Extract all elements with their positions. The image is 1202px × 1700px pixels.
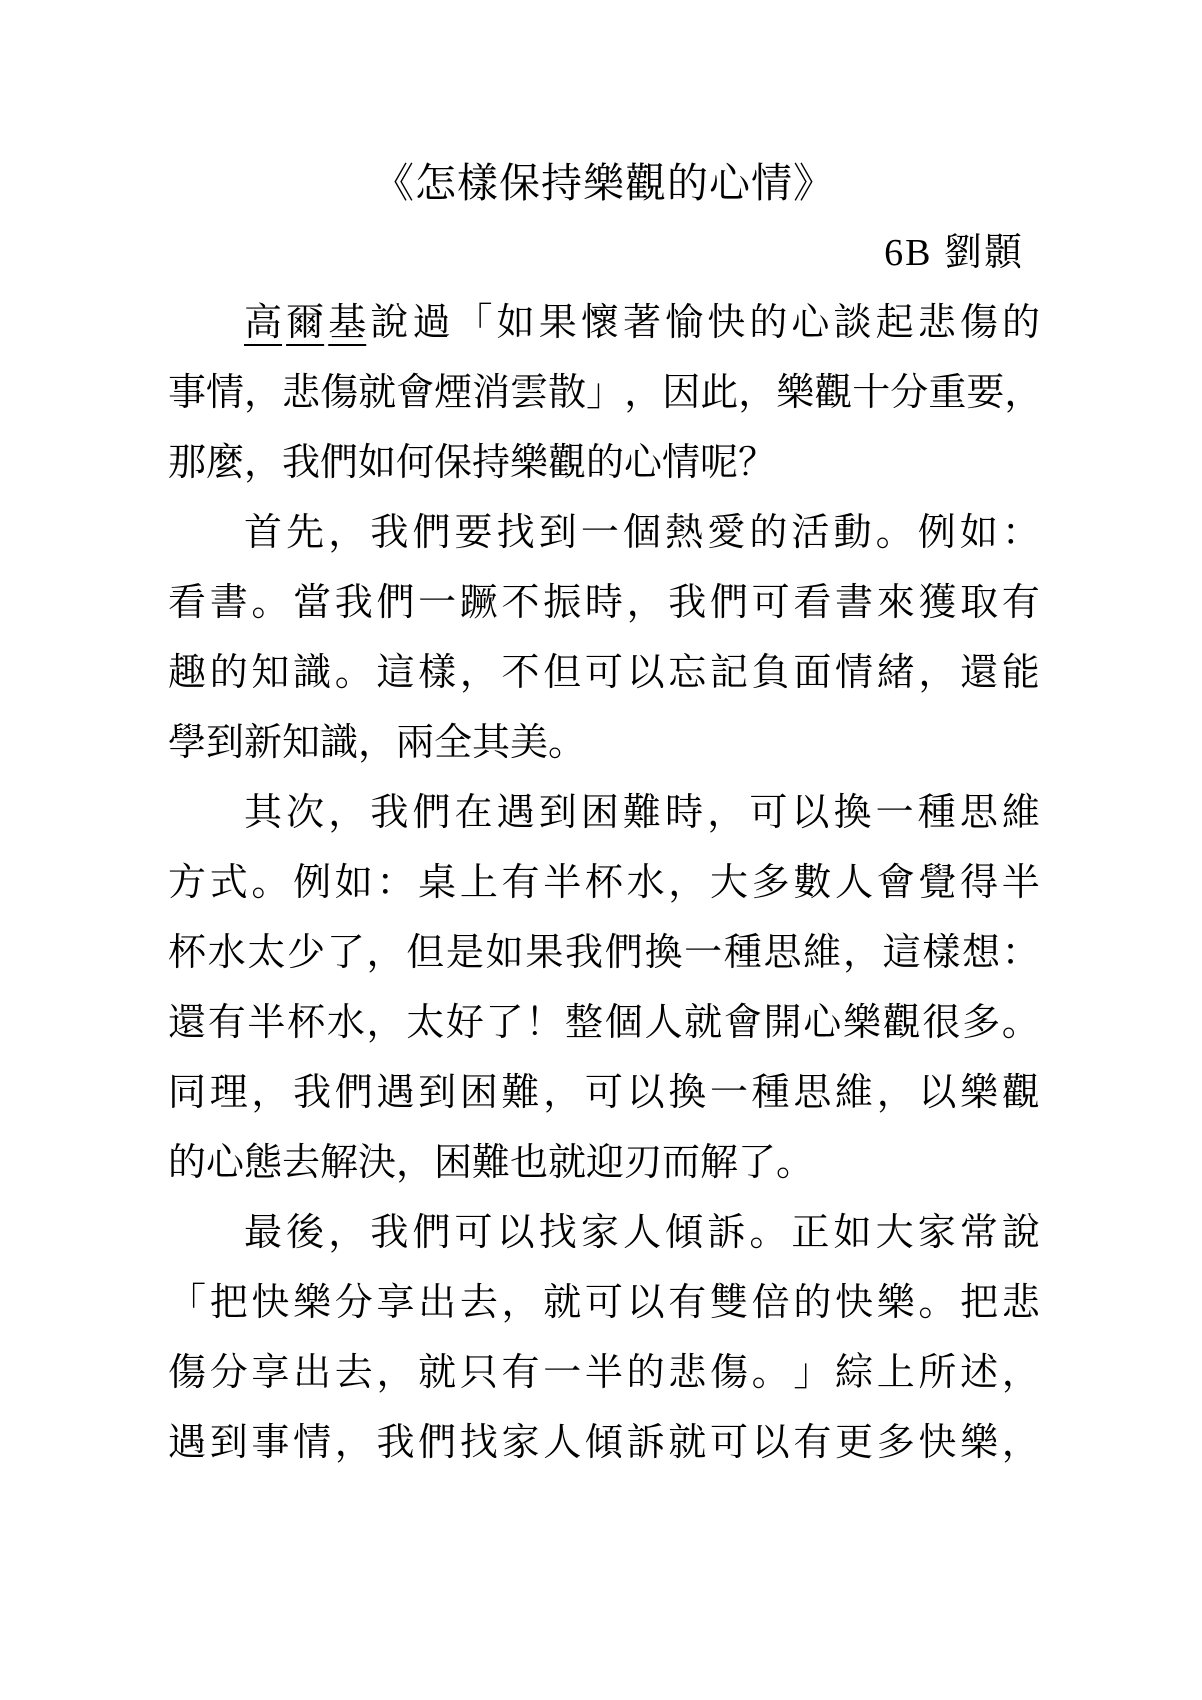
document-content: 《怎樣保持樂觀的心情》 6B 劉顥 高爾基說過「如果懷著愉快的心談起悲傷的事情，… xyxy=(0,0,1202,1478)
text-line: 同理，我們遇到困難，可以換一種思維，以樂觀 xyxy=(168,1058,1040,1128)
text-line: 高爾基說過「如果懷著愉快的心談起悲傷的 xyxy=(168,288,1040,358)
essay-author: 6B 劉顥 xyxy=(168,218,1040,288)
text-line: 還有半杯水，太好了！整個人就會開心樂觀很多。 xyxy=(168,988,1040,1058)
text-line: 方式。例如：桌上有半杯水，大多數人會覺得半 xyxy=(168,848,1040,918)
text-line: 遇到事情，我們找家人傾訴就可以有更多快樂， xyxy=(168,1408,1040,1478)
text-line: 傷分享出去，就只有一半的悲傷。」綜上所述， xyxy=(168,1338,1040,1408)
text-line: 事情，悲傷就會煙消雲散」，因此，樂觀十分重要， xyxy=(168,358,1040,428)
text-line: 看書。當我們一蹶不振時，我們可看書來獲取有 xyxy=(168,568,1040,638)
text-line: 趣的知識。這樣，不但可以忘記負面情緒，還能 xyxy=(168,638,1040,708)
text-line: 的心態去解決，困難也就迎刃而解了。 xyxy=(168,1128,1040,1198)
document-body: 高爾基說過「如果懷著愉快的心談起悲傷的事情，悲傷就會煙消雲散」，因此，樂觀十分重… xyxy=(168,288,1040,1478)
essay-title: 《怎樣保持樂觀的心情》 xyxy=(168,148,1040,218)
text-line: 杯水太少了，但是如果我們換一種思維，這樣想： xyxy=(168,918,1040,988)
text-line: 那麼，我們如何保持樂觀的心情呢？ xyxy=(168,428,1040,498)
text-line: 最後，我們可以找家人傾訴。正如大家常說 xyxy=(168,1198,1040,1268)
document-page: 《怎樣保持樂觀的心情》 6B 劉顥 高爾基說過「如果懷著愉快的心談起悲傷的事情，… xyxy=(0,0,1202,1700)
text-line: 首先，我們要找到一個熱愛的活動。例如： xyxy=(168,498,1040,568)
text-line: 其次，我們在遇到困難時，可以換一種思維 xyxy=(168,778,1040,848)
text-line: 「把快樂分享出去，就可以有雙倍的快樂。把悲 xyxy=(168,1268,1040,1338)
text-line: 學到新知識，兩全其美。 xyxy=(168,708,1040,778)
